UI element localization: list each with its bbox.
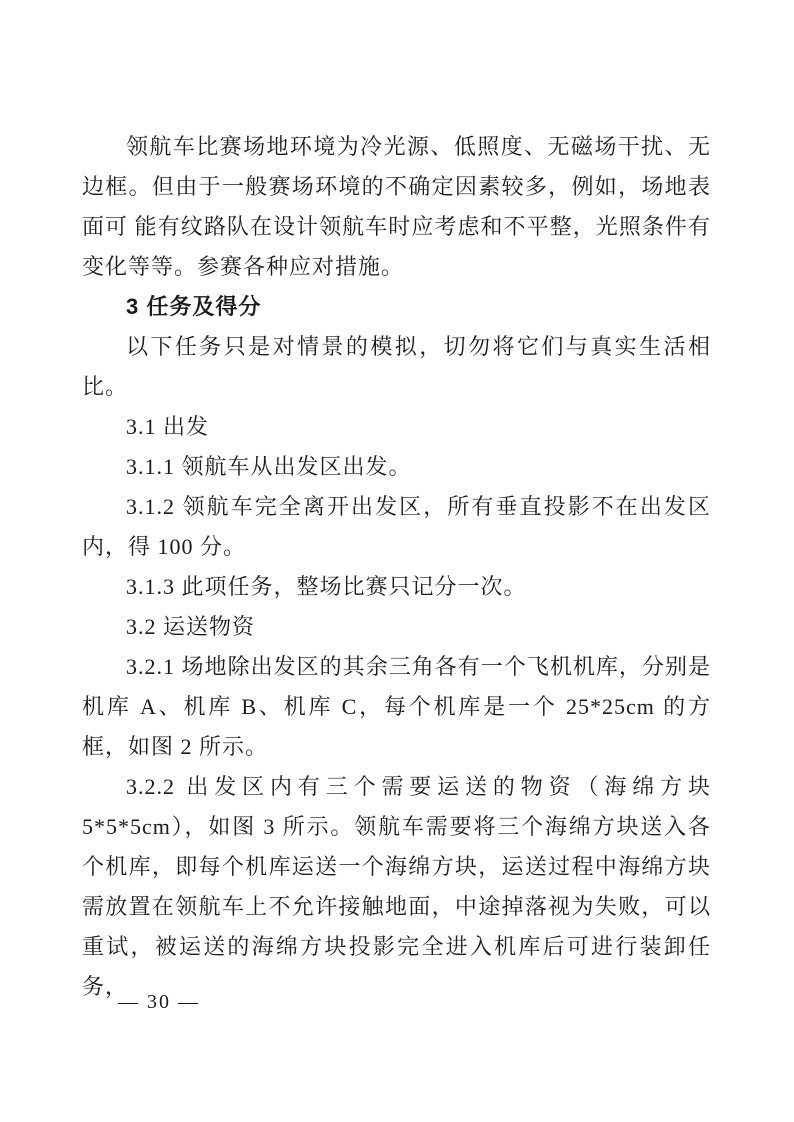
- paragraph-tasks-note: 以下任务只是对情景的模拟，切勿将它们与真实生活相比。: [82, 327, 711, 407]
- section-heading-3-1-depart: 3.1 出发: [82, 407, 711, 447]
- paragraph-3-2-1: 3.2.1 场地除出发区的其余三角各有一个飞机机库，分别是机库 A、机库 B、机…: [82, 647, 711, 767]
- paragraph-intro: 领航车比赛场地环境为冷光源、低照度、无磁场干扰、无边框。但由于一般赛场环境的不确…: [82, 127, 711, 287]
- paragraph-3-2-2: 3.2.2 出发区内有三个需要运送的物资（海绵方块 5*5*5cm），如图 3 …: [82, 767, 711, 1007]
- paragraph-3-1-1: 3.1.1 领航车从出发区出发。: [82, 447, 711, 487]
- section-heading-tasks-and-scoring: 3 任务及得分: [82, 287, 711, 327]
- document-page: 领航车比赛场地环境为冷光源、低照度、无磁场干扰、无边框。但由于一般赛场环境的不确…: [0, 0, 794, 1122]
- paragraph-3-1-2: 3.1.2 领航车完全离开出发区，所有垂直投影不在出发区内，得 100 分。: [82, 487, 711, 567]
- page-content: 领航车比赛场地环境为冷光源、低照度、无磁场干扰、无边框。但由于一般赛场环境的不确…: [82, 127, 711, 1007]
- page-number: — 30 —: [118, 989, 200, 1015]
- section-heading-3-2-transport-supplies: 3.2 运送物资: [82, 607, 711, 647]
- paragraph-3-1-3: 3.1.3 此项任务，整场比赛只记分一次。: [82, 567, 711, 607]
